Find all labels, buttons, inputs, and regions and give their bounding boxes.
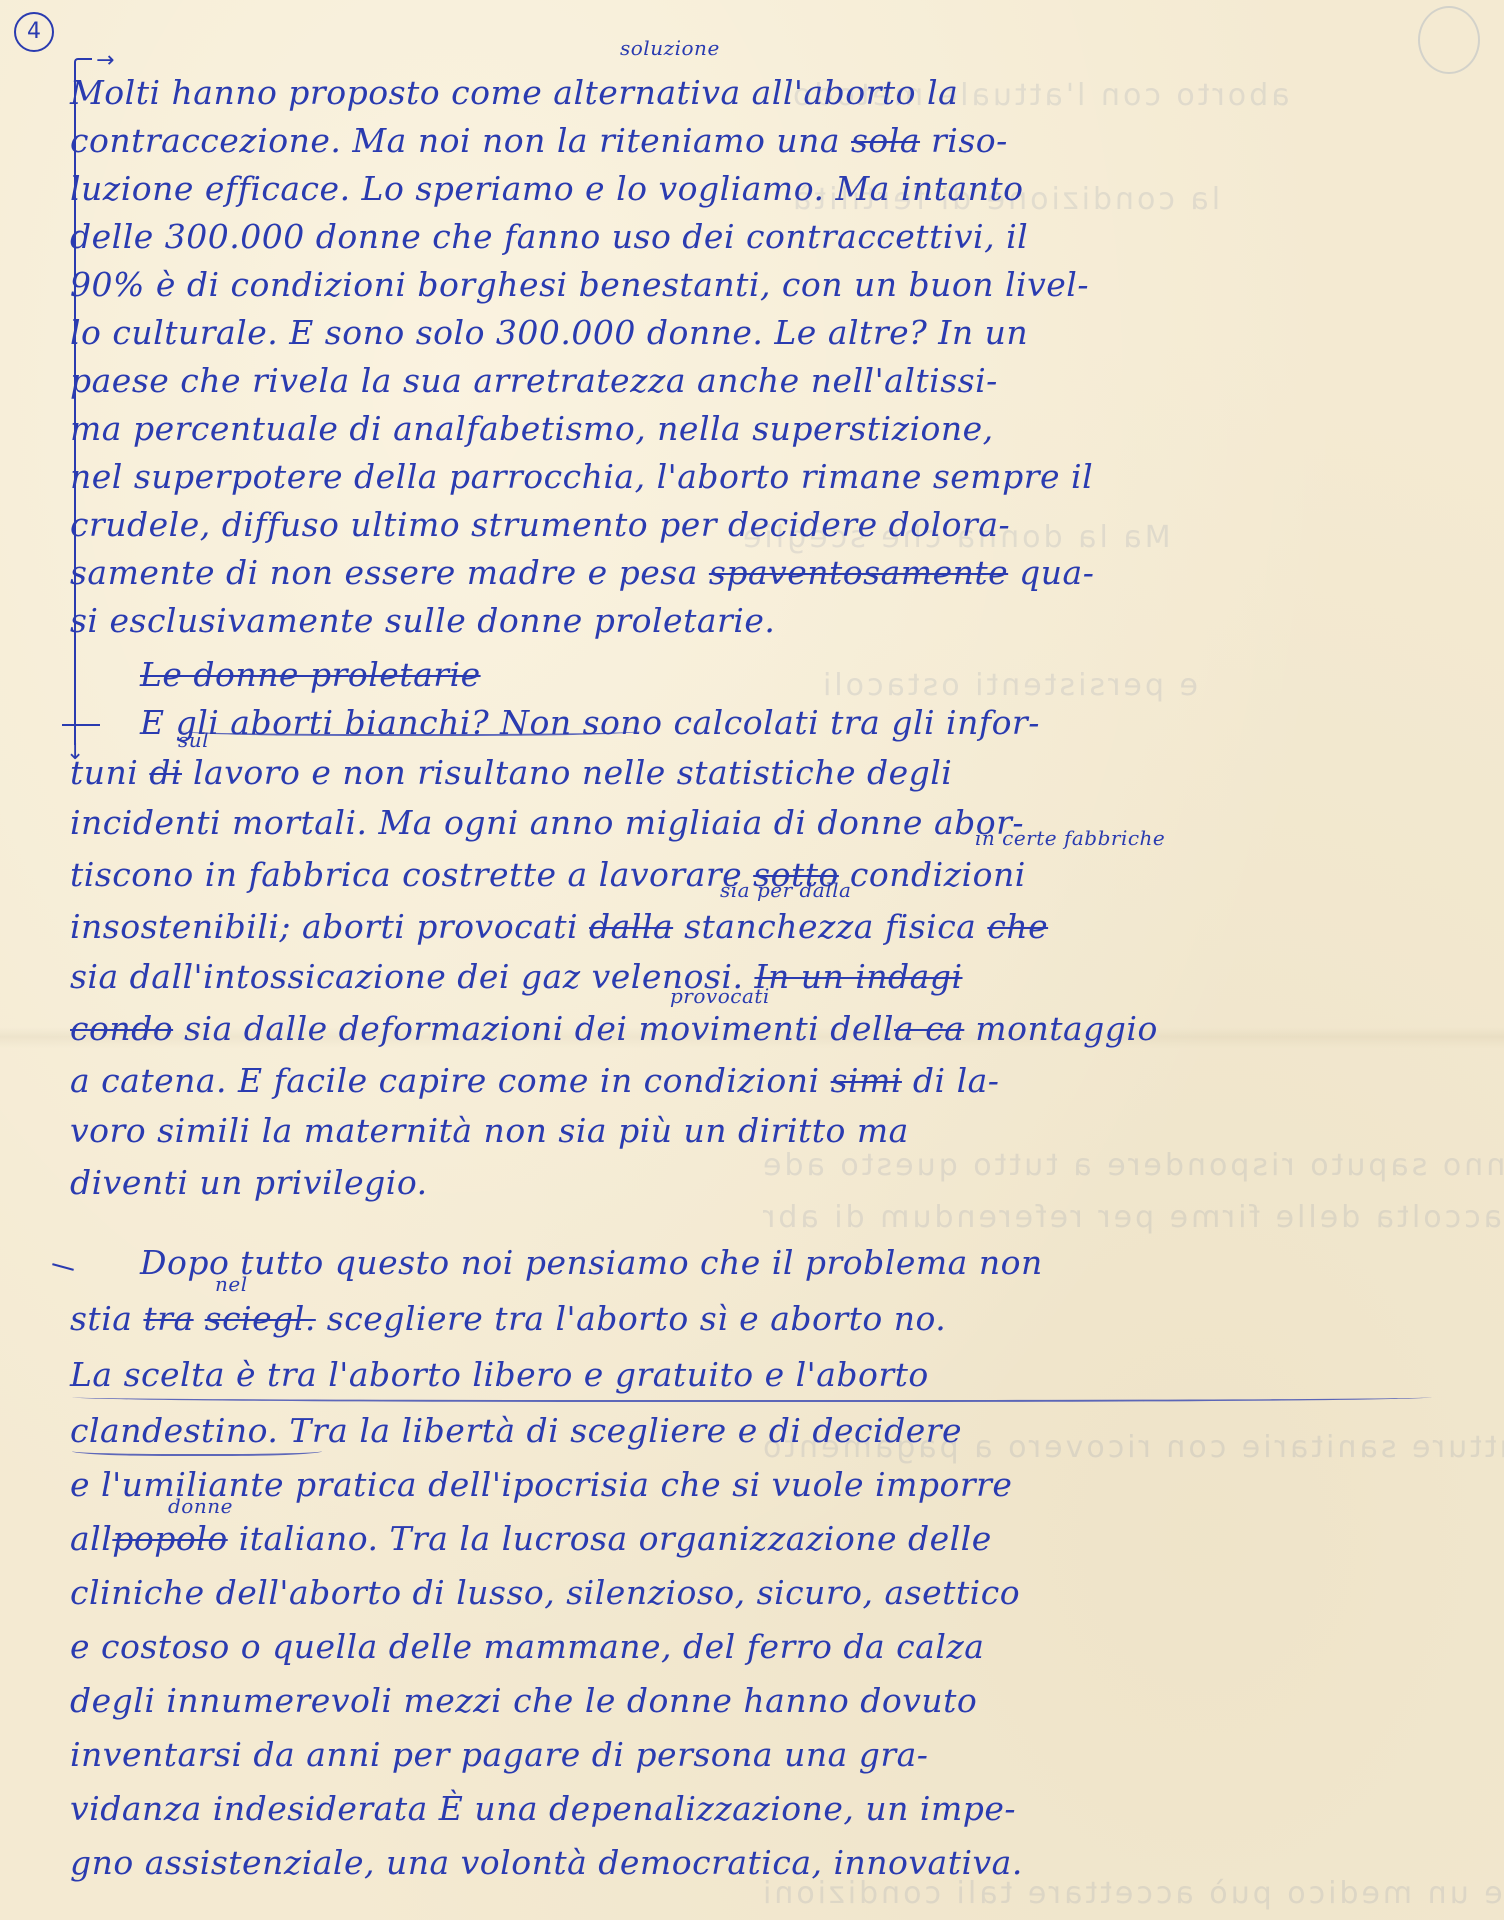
line-text: lavoro e non risultano nelle statistiche… — [182, 753, 952, 792]
line-text: italiano. Tra la lucrosa organizzazione … — [228, 1519, 992, 1558]
line-text: vidanza indesiderata È una depenalizzazi… — [70, 1789, 1016, 1828]
manuscript-line: tuni di lavoro e non risultano nelle sta… — [70, 750, 952, 796]
struck-text: tra — [143, 1299, 193, 1338]
line-text: samente di non essere madre e pesa — [70, 553, 709, 592]
manuscript-line: incidenti mortali. Ma ogni anno migliaia… — [70, 800, 1024, 846]
manuscript-line: diventi un privilegio. — [70, 1160, 428, 1206]
line-text: insostenibili; aborti provocati — [70, 907, 589, 946]
manuscript-line: inventarsi da anni per pagare di persona… — [70, 1732, 928, 1778]
line-text: e costoso o quella delle mammane, del fe… — [70, 1627, 984, 1666]
struck-text: condo — [70, 1009, 173, 1048]
inserted-correction: provocati — [670, 984, 770, 1008]
manuscript-line: allpopolo italiano. Tra la lucrosa organ… — [70, 1516, 992, 1562]
line-text: contraccezione. Ma noi non la riteniamo … — [70, 121, 851, 160]
manuscript-line: luzione efficace. Lo speriamo e lo vogli… — [70, 166, 1024, 212]
line-text: di la- — [902, 1061, 1000, 1100]
manuscript-line: 90% è di condizioni borghesi benestanti,… — [70, 262, 1089, 308]
line-text: degli innumerevoli mezzi che le donne ha… — [70, 1681, 977, 1720]
manuscript-line: La scelta è tra l'aborto libero e gratui… — [70, 1352, 929, 1398]
line-text: a catena. E facile capire come in condiz… — [70, 1061, 831, 1100]
manuscript-line: condo sia dalle deformazioni dei movimen… — [70, 1006, 1158, 1052]
inserted-correction: sia per dalla — [720, 878, 851, 902]
line-text: cliniche dell'aborto di lusso, silenzios… — [70, 1573, 1020, 1612]
line-text: condizioni — [839, 855, 1026, 894]
inserted-correction: in certe fabbriche — [975, 826, 1165, 850]
manuscript-line: e costoso o quella delle mammane, del fe… — [70, 1624, 984, 1670]
line-text: crudele, diffuso ultimo strumento per de… — [70, 505, 1010, 544]
line-text: ma percentuale di analfabetismo, nella s… — [70, 409, 994, 448]
line-text: stanchezza fisica — [673, 907, 987, 946]
line-text: lo culturale. E sono solo 300.000 donne.… — [70, 313, 1028, 352]
manuscript-line: ma percentuale di analfabetismo, nella s… — [70, 406, 994, 452]
line-text: nel superpotere della parrocchia, l'abor… — [70, 457, 1093, 496]
struck-text: popolo — [112, 1519, 227, 1558]
manuscript-line: samente di non essere madre e pesa spave… — [70, 550, 1094, 596]
line-text: incidenti mortali. Ma ogni anno migliaia… — [70, 803, 1024, 842]
struck-text: spaventosamente — [709, 553, 1008, 592]
manuscript-line: stia tra sciegl. scegliere tra l'aborto … — [70, 1296, 946, 1342]
line-text: paese che rivela la sua arretratezza anc… — [70, 361, 998, 400]
manuscript-line: vidanza indesiderata È una depenalizzazi… — [70, 1786, 1016, 1832]
line-text: clandestino. Tra la libertà di scegliere… — [70, 1411, 962, 1450]
struck-text: di — [149, 753, 182, 792]
manuscript-line: crudele, diffuso ultimo strumento per de… — [70, 502, 1010, 548]
manuscript-line: a catena. E facile capire come in condiz… — [70, 1058, 999, 1104]
manuscript-line: E gli aborti bianchi? Non sono calcolati… — [140, 700, 1040, 746]
inserted-correction: soluzione — [620, 36, 720, 60]
manuscript-line: contraccezione. Ma noi non la riteniamo … — [70, 118, 1008, 164]
line-text: diventi un privilegio. — [70, 1163, 428, 1202]
manuscript-line: delle 300.000 donne che fanno uso dei co… — [70, 214, 1028, 260]
line-text: 90% è di condizioni borghesi benestanti,… — [70, 265, 1089, 304]
line-text: sia dall'intossicazione dei gaz velenosi… — [70, 957, 754, 996]
line-text: voro simili la maternità non sia più un … — [70, 1111, 909, 1150]
manuscript-line: paese che rivela la sua arretratezza anc… — [70, 358, 998, 404]
manuscript-line: cliniche dell'aborto di lusso, silenzios… — [70, 1570, 1020, 1616]
line-text: luzione efficace. Lo speriamo e lo vogli… — [70, 169, 1024, 208]
manuscript-line: tiscono in fabbrica costrette a lavorare… — [70, 852, 1026, 898]
manuscript-page: aborto con l'attuale metodola condizione… — [0, 0, 1504, 1920]
line-text: Molti hanno proposto come alternativa al… — [70, 73, 958, 112]
line-text: montaggio — [964, 1009, 1158, 1048]
manuscript-line: voro simili la maternità non sia più un … — [70, 1108, 909, 1154]
line-text: tiscono in fabbrica costrette a lavorare — [70, 855, 753, 894]
line-text: Dopo tutto questo noi pensiamo che il pr… — [140, 1243, 1043, 1282]
manuscript-line: degli innumerevoli mezzi che le donne ha… — [70, 1678, 977, 1724]
inserted-correction: nel — [215, 1272, 248, 1296]
manuscript-line: lo culturale. E sono solo 300.000 donne.… — [70, 310, 1028, 356]
line-text: delle 300.000 donne che fanno uso dei co… — [70, 217, 1028, 256]
line-text — [194, 1299, 205, 1338]
line-text: scegliere tra l'aborto sì e aborto no. — [316, 1299, 946, 1338]
struck-text: Le donne proletarie — [140, 655, 481, 694]
inserted-correction: sul — [178, 728, 209, 752]
manuscript-line: Le donne proletarie — [140, 652, 481, 698]
manuscript-line: nel superpotere della parrocchia, l'abor… — [70, 454, 1093, 500]
line-text: all — [70, 1519, 112, 1558]
struck-text: In un indagi — [754, 957, 962, 996]
manuscript-line: clandestino. Tra la libertà di scegliere… — [70, 1408, 962, 1454]
struck-text: dalla — [589, 907, 673, 946]
line-text: sia dalle deformazioni dei movimenti del… — [173, 1009, 894, 1048]
manuscript-line: insostenibili; aborti provocati dalla st… — [70, 904, 1048, 950]
manuscript-line: gno assistenziale, una volontà democrati… — [70, 1840, 1023, 1886]
inserted-correction: donne — [168, 1494, 233, 1518]
line-text: La scelta è tra l'aborto libero e gratui… — [70, 1355, 929, 1394]
struck-text: sola — [851, 121, 920, 160]
line-text: inventarsi da anni per pagare di persona… — [70, 1735, 928, 1774]
line-text: tuni — [70, 753, 149, 792]
struck-text: che — [987, 907, 1048, 946]
page-number-circled: 4 — [14, 12, 54, 52]
line-text: si esclusivamente sulle donne proletarie… — [70, 601, 775, 640]
struck-text: sciegl. — [205, 1299, 316, 1338]
manuscript-line: Molti hanno proposto come alternativa al… — [70, 70, 958, 116]
line-text: gno assistenziale, una volontà democrati… — [70, 1843, 1023, 1882]
manuscript-line: sia dall'intossicazione dei gaz velenosi… — [70, 954, 963, 1000]
line-text: qua- — [1008, 553, 1094, 592]
manuscript-line: Dopo tutto questo noi pensiamo che il pr… — [140, 1240, 1043, 1286]
struck-text: a ca — [894, 1009, 964, 1048]
line-text: stia — [70, 1299, 143, 1338]
line-text: E gli aborti bianchi? Non sono calcolati… — [140, 703, 1040, 742]
manuscript-body: Molti hanno proposto come alternativa al… — [70, 0, 1464, 1920]
manuscript-line: si esclusivamente sulle donne proletarie… — [70, 598, 775, 644]
struck-text: simi — [831, 1061, 902, 1100]
line-text: riso- — [920, 121, 1008, 160]
